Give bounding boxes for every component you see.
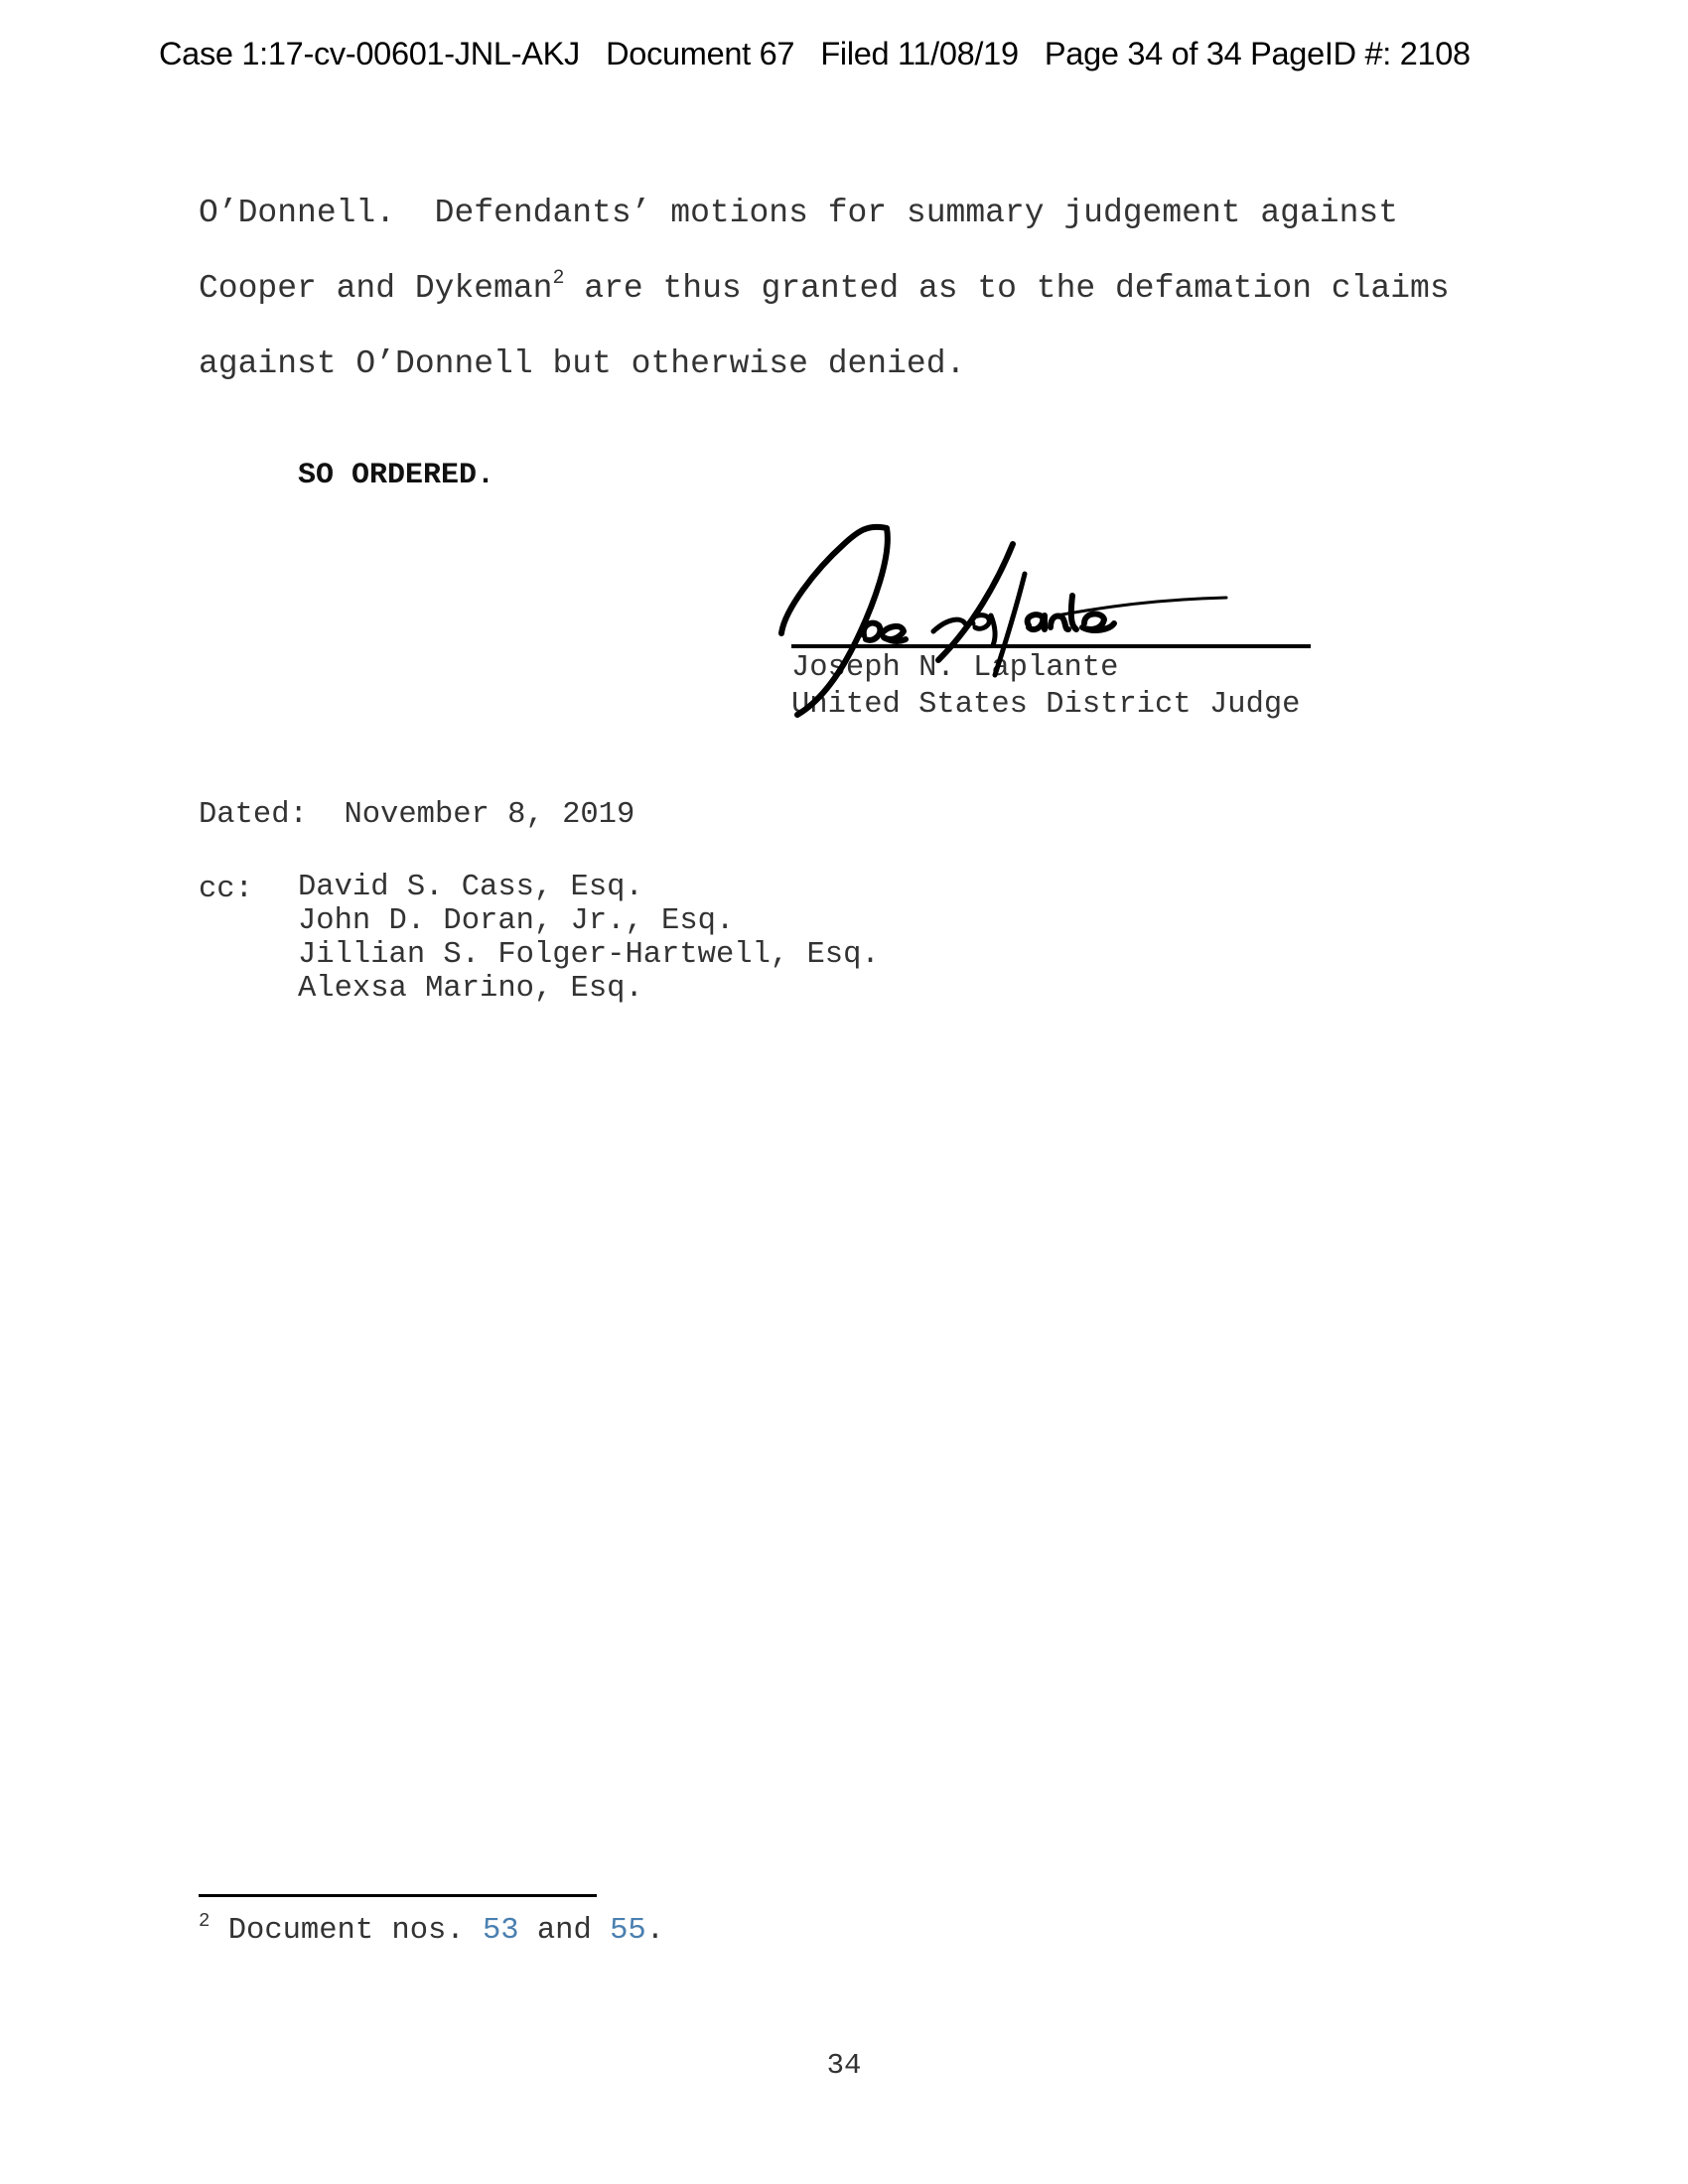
handwritten-signature <box>735 516 1331 735</box>
document-link-53[interactable]: 53 <box>483 1914 519 1948</box>
footnote-text-middle: and <box>519 1914 611 1948</box>
body-line-2-start: Cooper and Dykeman <box>199 270 552 307</box>
ecf-header: Case 1:17-cv-00601-JNL-AKJ Document 67 F… <box>0 36 1688 72</box>
cc-recipient-list: David S. Cass, Esq. John D. Doran, Jr., … <box>298 873 880 1008</box>
footnote-reference[interactable]: 2 <box>552 267 564 290</box>
footnote-text-end: . <box>646 1914 664 1948</box>
body-line-3: against O’Donnell but otherwise denied. <box>199 345 965 382</box>
case-number: Case 1:17-cv-00601-JNL-AKJ <box>159 36 580 71</box>
filed-date: Filed 11/08/19 <box>820 36 1018 71</box>
footnote-text-start: Document nos. <box>210 1914 483 1948</box>
dated-label: Dated: <box>199 798 308 832</box>
cc-recipient: Alexsa Marino, Esq. <box>298 970 880 1008</box>
cc-label: cc: <box>199 873 253 906</box>
page-id: PageID #: 2108 <box>1250 36 1471 71</box>
dated-date: November 8, 2019 <box>344 798 634 832</box>
body-line-2-end: are thus granted as to the defamation cl… <box>564 270 1449 307</box>
cc-recipient: David S. Cass, Esq. <box>298 869 880 906</box>
body-line-2: Cooper and Dykeman2 are thus granted as … <box>199 270 1450 307</box>
footnote-mark: 2 <box>199 1910 210 1932</box>
document-link-55[interactable]: 55 <box>610 1914 646 1948</box>
cc-recipient: John D. Doran, Jr., Esq. <box>298 902 880 940</box>
dated-line: Dated: November 8, 2019 <box>199 798 634 832</box>
document-number: Document 67 <box>606 36 794 71</box>
cc-recipient: Jillian S. Folger-Hartwell, Esq. <box>298 936 880 974</box>
body-line-1: O’Donnell. Defendants’ motions for summa… <box>199 195 1398 231</box>
footnote-separator <box>199 1894 597 1897</box>
so-ordered: SO ORDERED. <box>298 459 494 492</box>
page-number: 34 <box>0 2049 1688 2082</box>
footnote: 2 Document nos. 53 and 55. <box>199 1914 664 1948</box>
page-count: Page 34 of 34 <box>1045 36 1242 71</box>
